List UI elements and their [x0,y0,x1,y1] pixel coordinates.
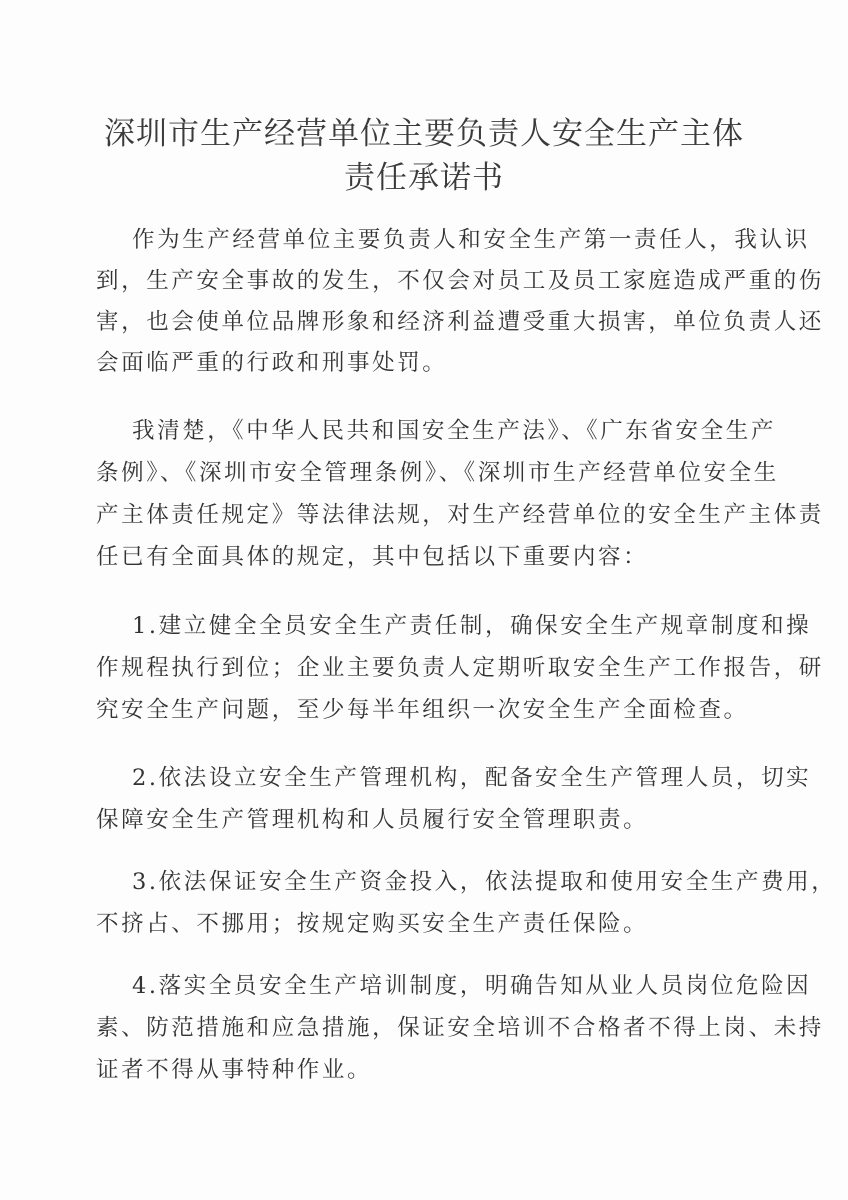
paragraph-line: 究安全生产问题，至少每半年组织一次安全生产全面检查。 [96,692,749,724]
paragraph-line: 害，也会使单位品牌形象和经济利益遭受重大损害，单位负责人还 [96,304,824,336]
paragraph-line: 4.落实全员安全生产培训制度，明确告知从业人员岗位危险因 [132,968,811,1000]
paragraph-line: 条例》、《深圳市安全管理条例》、《深圳市生产经营单位安全生 [96,455,779,487]
paragraph-line: 到，生产安全事故的发生，不仅会对员工及员工家庭造成严重的伤 [96,263,824,295]
document-page: 深圳市生产经营单位主要负责人安全生产主体 责任承诺书 作为生产经营单位主要负责人… [0,0,848,1200]
paragraph-line: 会面临严重的行政和刑事处罚。 [96,345,447,377]
document-title-line-1: 深圳市生产经营单位主要负责人安全生产主体 [0,108,848,153]
paragraph-line: 作规程执行到位；企业主要负责人定期听取安全生产工作报告，研 [96,650,824,682]
paragraph-line: 素、防范措施和应急措施，保证安全培训不合格者不得上岗、未持 [96,1010,824,1042]
paragraph-line: 作为生产经营单位主要负责人和安全生产第一责任人，我认识 [132,222,810,254]
paragraph-line: 1.建立健全全员安全生产责任制，确保安全生产规章制度和操 [132,608,811,640]
paragraph-line: 不挤占、不挪用；按规定购买安全生产责任保险。 [96,906,648,938]
document-title-line-2: 责任承诺书 [0,152,848,197]
paragraph-line: 3.依法保证安全生产资金投入，依法提取和使用安全生产费用， [132,864,836,896]
paragraph-line: 我清楚，《中华人民共和国安全生产法》、《广东省安全生产 [132,413,776,445]
paragraph-line: 任已有全面具体的规定，其中包括以下重要内容： [96,539,648,571]
paragraph-line: 证者不得从事特种作业。 [96,1052,372,1084]
paragraph-line: 产主体责任规定》等法律法规，对生产经营单位的安全生产主体责 [96,497,824,529]
paragraph-line: 2.依法设立安全生产管理机构，配备安全生产管理人员，切实 [132,760,811,792]
paragraph-line: 保障安全生产管理机构和人员履行安全管理职责。 [96,802,648,834]
